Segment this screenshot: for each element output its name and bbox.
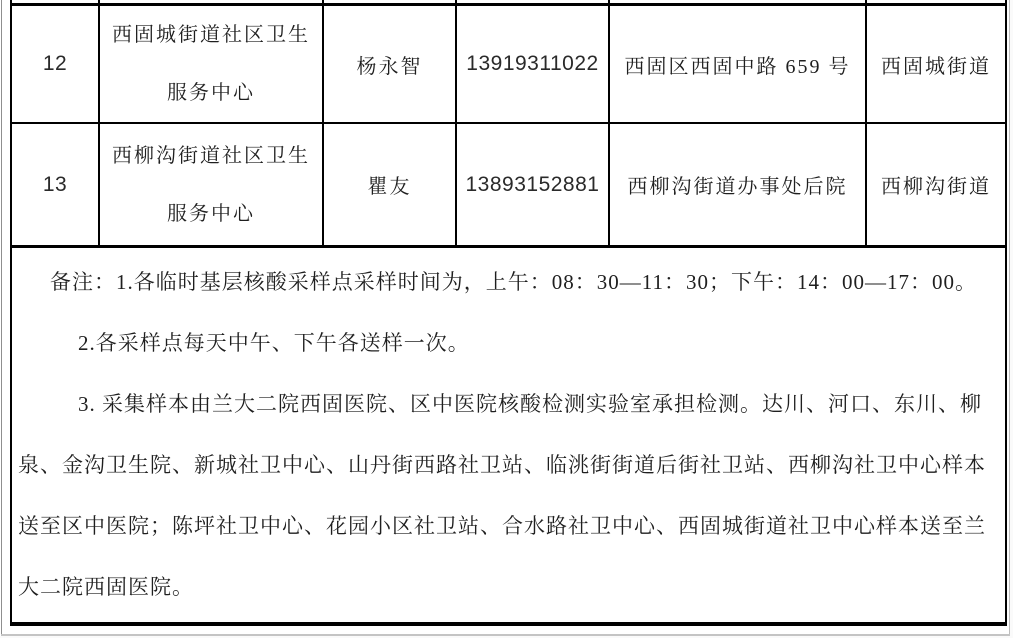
note-line-2: 2.各采样点每天中午、下午各送样一次。 <box>18 313 999 374</box>
page-edge-bottom <box>1 634 1010 636</box>
cell-street: 西柳沟街道 <box>866 123 1006 247</box>
cell-phone-number: 13893152881 <box>456 123 609 247</box>
page-edge-right <box>1009 0 1010 635</box>
table-row: 13 西柳沟街道社区卫生 服务中心 瞿友 13893152881 西柳沟街道办事… <box>11 123 1006 247</box>
note-line-1: 备注：1.各临时基层核酸采样点采样时间为，上午：08：30—11：30；下午：1… <box>18 252 999 313</box>
notes-cell: 备注：1.各临时基层核酸采样点采样时间为，上午：08：30—11：30；下午：1… <box>11 247 1006 625</box>
cell-phone-number: 13919311022 <box>456 5 609 124</box>
cell-contact-person: 杨永智 <box>323 5 456 124</box>
note-line-6: 大二院西固医院。 <box>18 557 999 618</box>
table-row: 12 西固城街道社区卫生 服务中心 杨永智 13919311022 西固区西固中… <box>11 5 1006 124</box>
cell-serial-number: 13 <box>11 123 99 247</box>
cell-institution-name: 西固城街道社区卫生 服务中心 <box>99 5 323 124</box>
cell-address: 西柳沟街道办事处后院 <box>609 123 866 247</box>
cell-street: 西固城街道 <box>866 5 1006 124</box>
table-row-notes: 备注：1.各临时基层核酸采样点采样时间为，上午：08：30—11：30；下午：1… <box>11 247 1006 625</box>
cell-address: 西固区西固中路 659 号 <box>609 5 866 124</box>
page-edge-left <box>1 0 2 635</box>
sampling-sites-table: 12 西固城街道社区卫生 服务中心 杨永智 13919311022 西固区西固中… <box>10 0 1007 626</box>
document-page: 12 西固城街道社区卫生 服务中心 杨永智 13919311022 西固区西固中… <box>0 0 1010 636</box>
note-line-4: 泉、金沟卫生院、新城社卫中心、山丹街西路社卫站、临洮街街道后街社卫站、西柳沟社卫… <box>18 435 999 496</box>
cell-serial-number: 12 <box>11 5 99 124</box>
cell-contact-person: 瞿友 <box>323 123 456 247</box>
note-line-5: 送至区中医院；陈坪社卫中心、花园小区社卫站、合水路社卫中心、西固城街道社卫中心样… <box>18 496 999 557</box>
note-line-3: 3. 采集样本由兰大二院西固医院、区中医院核酸检测实验室承担检测。达川、河口、东… <box>18 374 999 435</box>
cell-institution-name: 西柳沟街道社区卫生 服务中心 <box>99 123 323 247</box>
